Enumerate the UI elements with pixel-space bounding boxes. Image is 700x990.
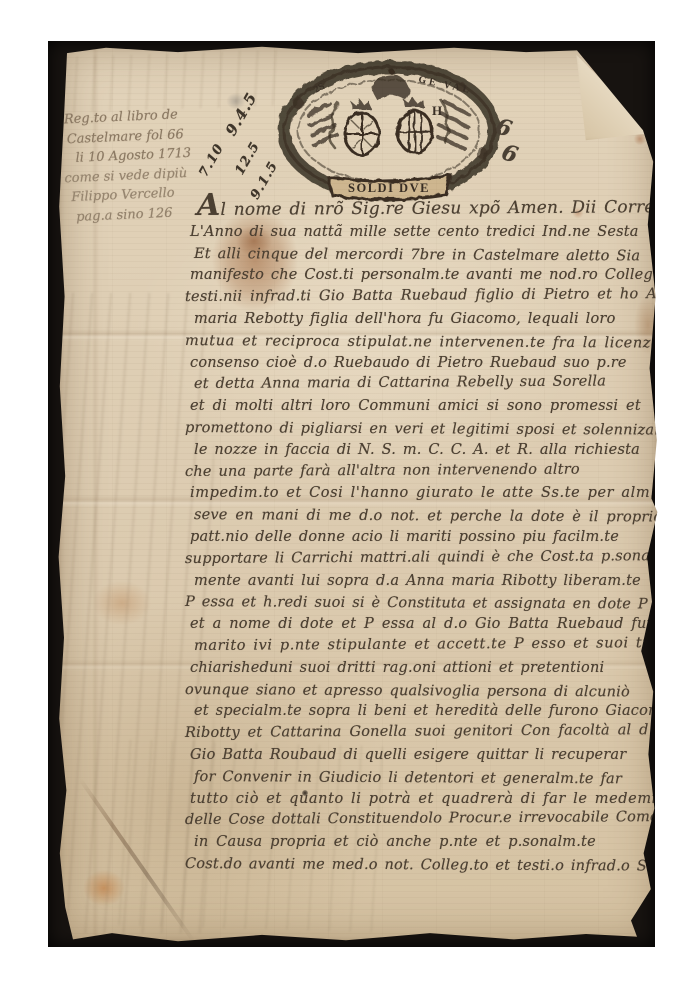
manuscript-line: ovunque siano et apresso qualsivoglia pe… (185, 680, 663, 704)
manuscript-line: in Causa propria et ciò anche p.nte et p… (194, 832, 663, 854)
small-crown-right (404, 98, 424, 107)
manuscript-line: for Convenir in Giudicio li detentori et… (194, 767, 663, 791)
manuscript-line: maria Rebotty figlia dell'hora fu Giacom… (194, 309, 663, 331)
manuscript-line: supportare li Carrichi mattri.ali quindi… (185, 546, 663, 571)
manuscript-line: et di molti altri loro Communi amici si … (190, 396, 663, 418)
crown-icon (372, 75, 410, 99)
tax-stamp: SOLDI DVE 2S GE VAL H (276, 57, 502, 209)
diagonal-crease (78, 778, 196, 944)
manuscript-line: Gio Batta Roubaud di quelli esigere quit… (190, 745, 663, 767)
manuscript-line: Ribotty et Cattarina Gonella suoi genito… (185, 720, 663, 745)
manuscript-line: delle Cose dottali Constituendolo Procur… (185, 807, 663, 832)
manuscript-line: Cost.do avanti me med.o not. Colleg.to e… (185, 854, 663, 878)
scanned-manuscript-page: SOLDI DVE 2S GE VAL H Reg.to al libro de… (0, 0, 700, 990)
manuscript-line: P essa et h.redi suoi si è Constituta et… (185, 592, 663, 616)
manuscript-line: mutua et reciproca stipulat.ne intervene… (185, 331, 663, 355)
manuscript-line: seve en mani di me d.o not. et perche la… (194, 505, 663, 529)
manuscript-line: Al nome di nrõ Sig.re Giesu xpõ Amen. Di… (197, 192, 663, 222)
manuscript-line: L'Anno di sua nattã mille sette cento tr… (190, 222, 663, 244)
manuscript-line: Et alli cinque del mercordi 7bre in Cast… (194, 244, 663, 268)
photo-backdrop: SOLDI DVE 2S GE VAL H Reg.to al libro de… (48, 41, 655, 947)
account-mark: 12.5 (232, 139, 263, 177)
manuscript-line: marito ivi p.nte stipulante et accett.te… (194, 633, 663, 658)
manuscript-line: patt.nio delle donne acio li mariti poss… (190, 527, 663, 549)
account-mark: 9.4.5 (222, 89, 261, 139)
manuscript-line: chiarisheduni suoi dritti rag.oni attion… (190, 658, 663, 680)
folded-corner (572, 51, 658, 145)
small-crown-left (351, 100, 371, 109)
manuscript-line: promettono di pigliarsi en veri et legit… (185, 418, 663, 442)
manuscript-line: testi.nii infrad.ti Gio Batta Ruebaud fi… (185, 284, 663, 309)
manuscript-line: impedim.to et Cosi l'hanno giurato le at… (190, 483, 663, 505)
manuscript-line: che una parte farà all'altra non interve… (185, 459, 663, 484)
manuscript-line: le nozze in faccia di N. S. m. C. C. A. … (194, 440, 663, 462)
manuscript-line: et detta Anna maria di Cattarina Rebelly… (194, 372, 663, 397)
notarial-act-text: Al nome di nrõ Sig.re Giesu xpõ Amen. Di… (185, 195, 663, 876)
manuscript-line: mente avanti lui sopra d.a Anna maria Ri… (194, 571, 663, 593)
manuscript-sheet: SOLDI DVE 2S GE VAL H Reg.to al libro de… (58, 45, 658, 943)
stamp-letter-mark: H (432, 103, 442, 118)
